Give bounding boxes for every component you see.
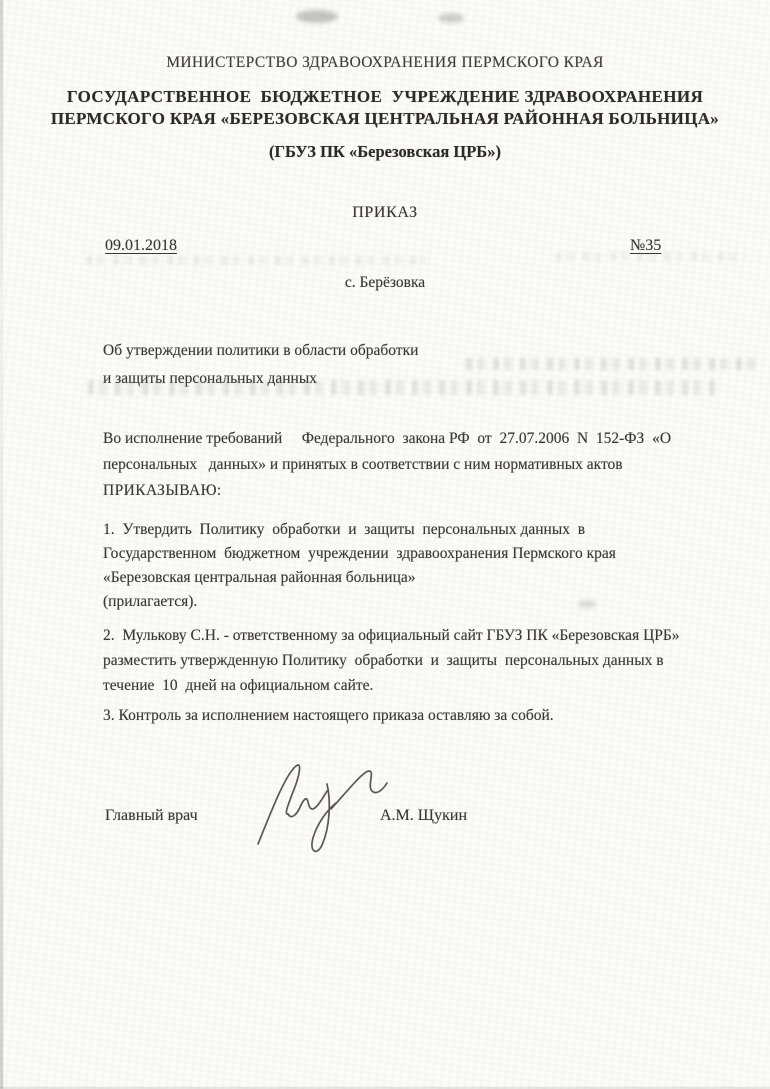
preamble-line: персональных данных» и принятых в соотве… [103, 452, 671, 478]
paragraph-line: течение 10 дней на официальном сайте. [103, 673, 680, 698]
signoff-name: А.М. Щукин [380, 807, 467, 825]
ghost-text-artifact [556, 252, 746, 261]
paragraph-line: 3. Контроль за исполнением настоящего пр… [103, 707, 554, 725]
order-paragraph-2: 2. Мулькову С.Н. - ответственному за офи… [103, 623, 680, 698]
document-place: с. Берёзовка [0, 274, 770, 292]
paragraph-line: «Березовская центральная районная больни… [103, 566, 616, 590]
preamble-block: Во исполнение требований Федерального за… [103, 426, 671, 478]
scan-smudge [438, 13, 464, 23]
resolution-word: ПРИКАЗЫВАЮ: [103, 482, 222, 500]
ghost-text-artifact [466, 358, 758, 370]
paragraph-line: разместить утвержденную Политику обработ… [103, 648, 680, 673]
order-paragraph-1: 1. Утвердить Политику обработки и защиты… [103, 518, 616, 614]
ministry-header: МИНИСТЕРСТВО ЗДРАВООХРАНЕНИЯ ПЕРМСКОГО К… [0, 54, 770, 72]
document-type-title: ПРИКАЗ [0, 204, 770, 222]
organization-name-line-2: ПЕРМСКОГО КРАЯ «БЕРЕЗОВСКАЯ ЦЕНТРАЛЬНАЯ … [0, 109, 770, 129]
subject-line: Об утверждении политики в области обрабо… [103, 337, 418, 365]
organization-short-name: (ГБУЗ ПК «Березовская ЦРБ») [0, 142, 770, 162]
order-paragraph-3: 3. Контроль за исполнением настоящего пр… [103, 707, 554, 725]
preamble-line: Во исполнение требований Федерального за… [103, 426, 671, 452]
scanned-order-document: МИНИСТЕРСТВО ЗДРАВООХРАНЕНИЯ ПЕРМСКОГО К… [0, 0, 770, 1089]
paragraph-line: Государственном бюджетном учреждении здр… [103, 542, 616, 566]
paragraph-line: 2. Мулькову С.Н. - ответственному за офи… [103, 623, 680, 648]
paragraph-line: 1. Утвердить Политику обработки и защиты… [103, 518, 616, 542]
organization-name-line-1: ГОСУДАРСТВЕННОЕ БЮДЖЕТНОЕ УЧРЕЖДЕНИЕ ЗДР… [0, 87, 770, 107]
scan-smudge [296, 10, 338, 23]
paragraph-line: (прилагается). [103, 590, 616, 614]
handwritten-signature [230, 746, 395, 861]
scan-edge-artifact-left [0, 0, 3, 1089]
ghost-text-artifact [88, 380, 716, 395]
signoff-position-title: Главный врач [105, 807, 198, 825]
ghost-text-artifact [86, 256, 426, 265]
document-date: 09.01.2018 [105, 237, 177, 255]
